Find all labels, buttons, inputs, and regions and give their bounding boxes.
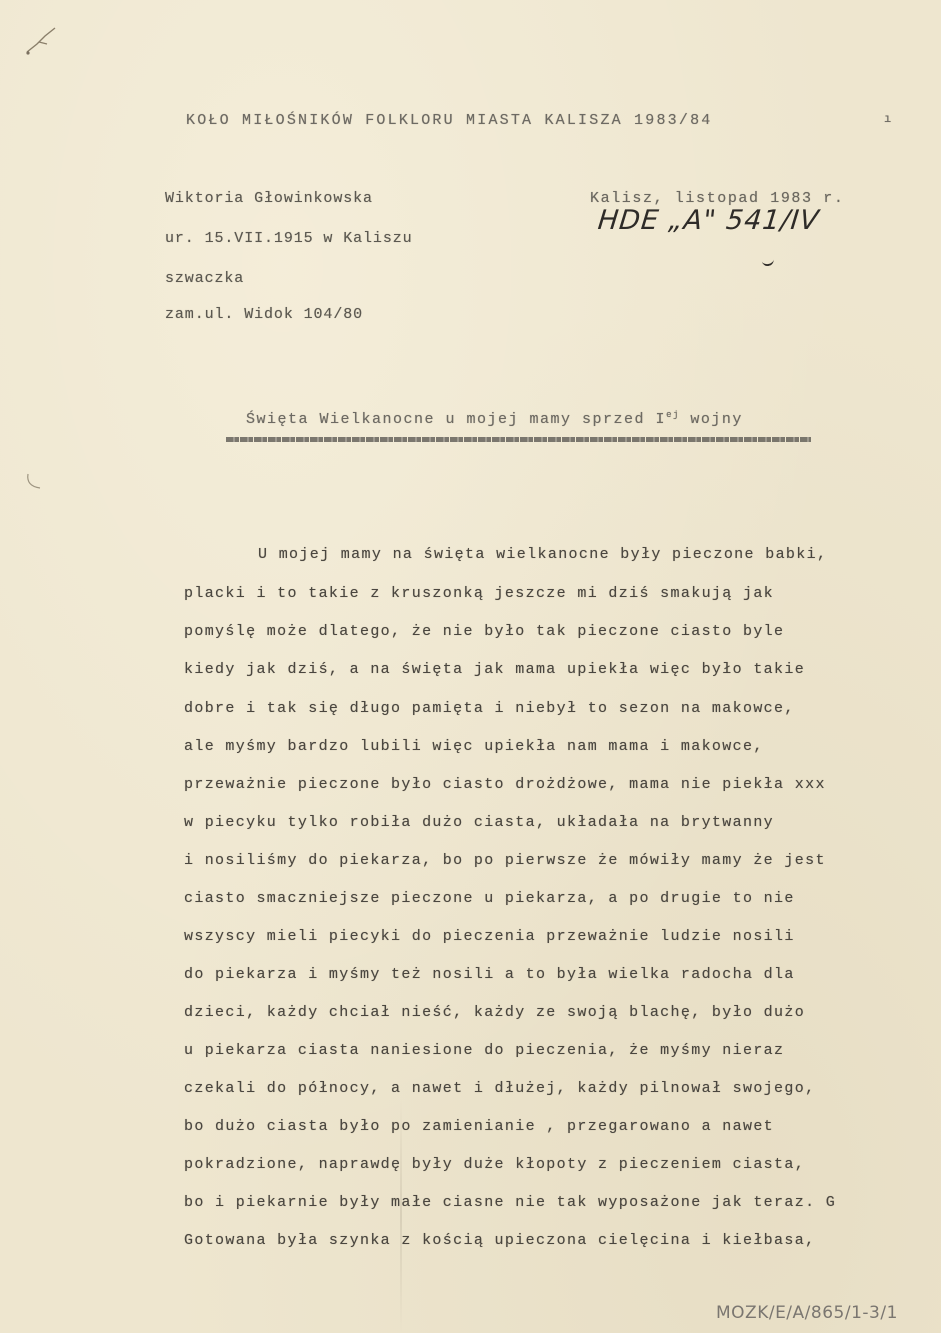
pencil-arc-icon xyxy=(24,470,52,498)
archive-signature: HDE „A" 541/IV xyxy=(596,205,821,236)
author-name: Wiktoria Głowinkowska xyxy=(165,190,373,207)
pencil-mark-icon xyxy=(25,22,75,62)
body-line: bo dużo ciasta było po zamienianie , prz… xyxy=(184,1118,774,1135)
author-occupation: szwaczka xyxy=(165,270,244,287)
title-text: Święta Wielkanocne u mojej mamy sprzed I xyxy=(246,411,666,428)
title-underline xyxy=(226,437,811,442)
author-address: zam.ul. Widok 104/80 xyxy=(165,306,363,323)
header-mark: ı xyxy=(884,112,892,126)
author-birth: ur. 15.VII.1915 w Kaliszu xyxy=(165,230,413,247)
organization-header: KOŁO MIŁOŚNIKÓW FOLKLORU MIASTA KALISZA … xyxy=(186,112,712,129)
body-line: wszyscy mieli piecyki do pieczenia przew… xyxy=(184,928,795,945)
body-line: U mojej mamy na święta wielkanocne były … xyxy=(258,546,827,563)
body-line: dobre i tak się długo pamięta i niebył t… xyxy=(184,700,795,717)
body-line: pomyślę może dlatego, że nie było tak pi… xyxy=(184,623,784,640)
body-line: dzieci, każdy chciał nieść, każdy ze swo… xyxy=(184,1004,805,1021)
body-line: przeważnie pieczone było ciasto drożdżow… xyxy=(184,776,826,793)
title-end: wojny xyxy=(680,411,743,428)
body-line: ale myśmy bardzo lubili więc upiekła nam… xyxy=(184,738,764,755)
body-line: i nosiliśmy do piekarza, bo po pierwsze … xyxy=(184,852,826,869)
body-line: bo i piekarnie były małe ciasne nie tak … xyxy=(184,1194,836,1211)
body-line: pokradzione, naprawdę były duże kłopoty … xyxy=(184,1156,805,1173)
title-superscript: ej xyxy=(666,410,680,420)
body-line: w piecyku tylko robiła dużo ciasta, ukła… xyxy=(184,814,774,831)
body-line: placki i to takie z kruszonką jeszcze mi… xyxy=(184,585,774,602)
body-line: u piekarza ciasta naniesione do pieczeni… xyxy=(184,1042,784,1059)
check-mark-icon xyxy=(761,257,774,267)
footer-signature: MOZK/E/A/865/1-3/1 xyxy=(716,1303,898,1323)
body-line: kiedy jak dziś, a na święta jak mama upi… xyxy=(184,661,805,678)
body-line: do piekarza i myśmy też nosili a to była… xyxy=(184,966,795,983)
document-page: KOŁO MIŁOŚNIKÓW FOLKLORU MIASTA KALISZA … xyxy=(0,0,941,1333)
body-line: czekali do północy, a nawet i dłużej, ka… xyxy=(184,1080,815,1097)
document-title: Święta Wielkanocne u mojej mamy sprzed I… xyxy=(246,410,743,428)
body-line: Gotowana była szynka z kością upieczona … xyxy=(184,1232,815,1249)
paper-crease xyxy=(400,1100,402,1333)
body-line: ciasto smaczniejsze pieczone u piekarza,… xyxy=(184,890,795,907)
